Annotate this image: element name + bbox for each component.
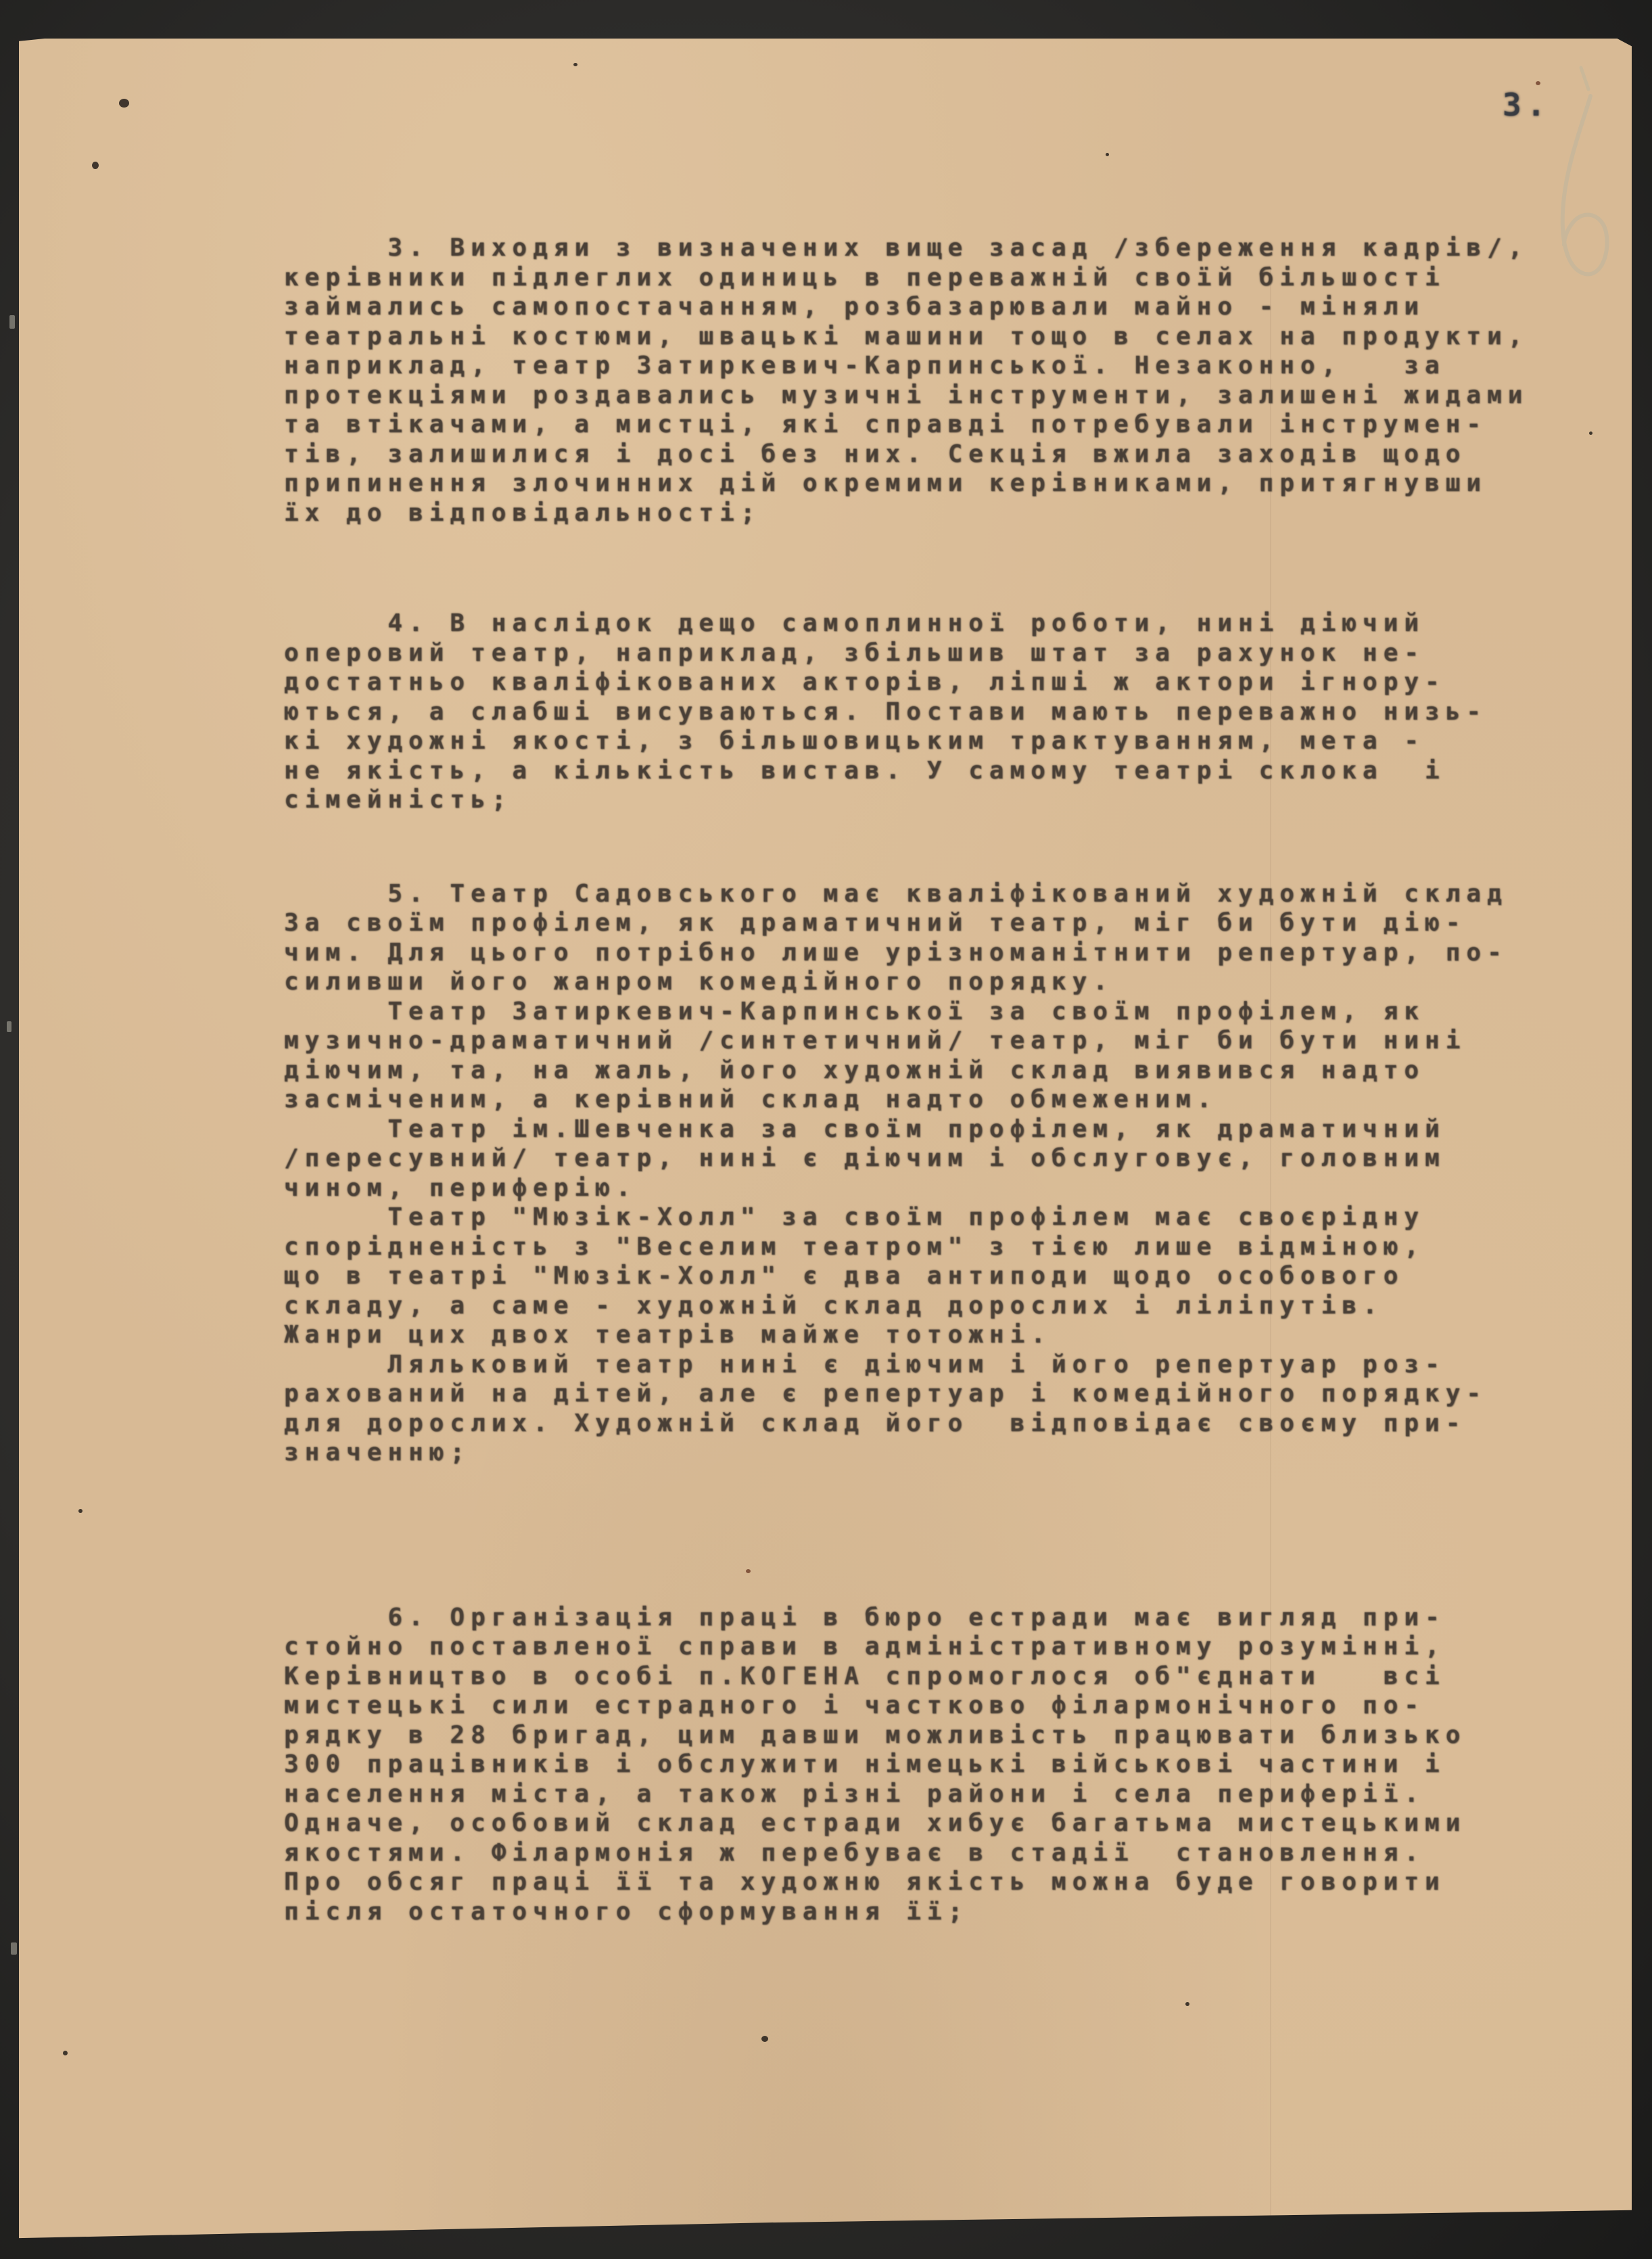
paper-speck [1536, 81, 1540, 85]
page-number: 3. [1503, 87, 1551, 123]
paper-speck [63, 2051, 68, 2055]
paper-speck [746, 1569, 751, 1573]
document-page: 3. Виходяи з визначених вище засад /збер… [19, 39, 1632, 2242]
paper-speck [78, 1509, 82, 1513]
paper-speck [1185, 2002, 1189, 2006]
paper-speck [119, 99, 129, 108]
paragraph-item-5: 5. Театр Садовського має кваліфікований … [284, 879, 1640, 1468]
paper-speck [573, 63, 577, 66]
paragraph-item-4: 4. В наслідок дещо самоплинної роботи, н… [284, 609, 1640, 815]
paper-nick [11, 1942, 17, 1955]
paragraph-item-3: 3. Виходяи з визначених вище засад /збер… [284, 233, 1640, 528]
document-text: 3. Виходяи з визначених вище засад /збер… [284, 233, 1640, 1926]
paper-speck [761, 2036, 768, 2042]
paper-speck [1106, 153, 1109, 156]
paper-speck [92, 162, 99, 169]
paper-speck [1589, 432, 1592, 435]
paper-nick [7, 1021, 11, 1032]
scanner-background: 3. Виходяи з визначених вище засад /збер… [0, 0, 1652, 2259]
paper-nick [9, 315, 15, 329]
paragraph-item-6: 6. Організація праці в бюро естради має … [284, 1603, 1640, 1927]
